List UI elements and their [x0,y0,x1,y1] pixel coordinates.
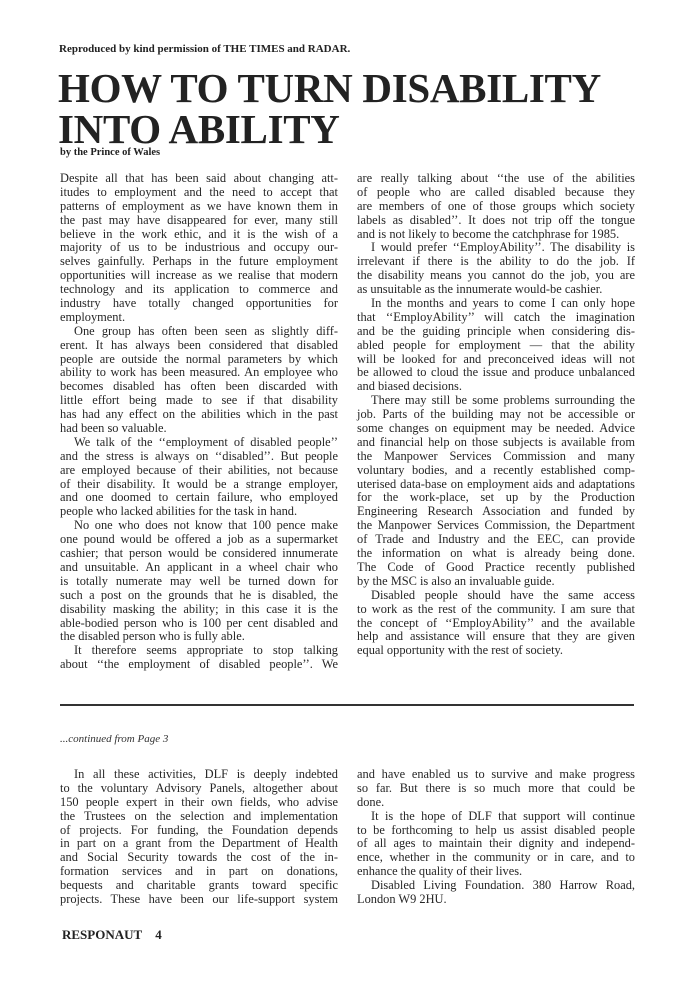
text-line: opportunities will increase as we realis… [60,269,338,283]
text-line: people who lacked abilities for the task… [60,505,338,519]
text-line: the Trustees on the selection and implem… [60,810,338,824]
text-line: No one who does not know that 100 pence … [60,519,338,533]
text-line: There may still be some problems surroun… [357,394,635,408]
text-line: to the voluntary Advisory Panels, altoge… [60,782,338,796]
text-line: and biased decisions. [357,380,635,394]
text-line: are really talking about ‘‘the use of th… [357,172,635,186]
continuation-column-1: In all these activities, DLF is deeply i… [60,768,338,907]
text-line: cashier; that person would be considered… [60,547,338,561]
text-line: able-bodied person who is 100 per cent d… [60,617,338,631]
text-line: by the MSC is also an invaluable guide. [357,575,635,589]
text-line: one pound would be offered a job as a su… [60,533,338,547]
text-line: as unsuitable as the innumerate would-be… [357,283,635,297]
text-line: bequests and charitable grants toward sp… [60,879,338,893]
text-line: It therefore seems appropriate to stop t… [60,644,338,658]
text-line: be allowed to cloud the issue and produc… [357,366,635,380]
text-line: are members of one of those groups which… [357,200,635,214]
text-line: done. [357,796,635,810]
continued-from-label: ...continued from Page 3 [60,733,168,745]
text-line: that ‘‘EmployAbility’’ will catch the im… [357,311,635,325]
article-headline: HOW TO TURN DISABILITY INTO ABILITY [58,68,601,150]
text-line: believe in the work ethic, and it is the… [60,228,338,242]
text-line: Disabled people should have the same acc… [357,589,635,603]
text-line: technology and its application to commer… [60,283,338,297]
text-line: projects. These have been our life-suppo… [60,893,338,907]
text-line: In the months and years to come I can on… [357,297,635,311]
article-column-1: Despite all that has been said about cha… [60,172,338,672]
text-line: of their disability. It would be a stran… [60,478,338,492]
text-line: Despite all that has been said about cha… [60,172,338,186]
text-line: formation services and in part on donati… [60,865,338,879]
text-line: and be the guiding principle when consid… [357,325,635,339]
page-footer: RESPONAUT 4 [62,927,162,943]
permission-credit: Reproduced by kind permission of THE TIM… [59,43,350,55]
text-line: selves gainfully. Perhaps in the future … [60,255,338,269]
text-line: London W9 2HU. [357,893,635,907]
text-line: help and assistance will ensure that the… [357,630,635,644]
text-line: such a post on the grounds that he is di… [60,589,338,603]
text-line: and unsuitable. An applicant in a wheel … [60,561,338,575]
text-line: to work as the rest of the community. I … [357,603,635,617]
headline-line-2: INTO ABILITY [58,109,601,150]
text-line: are employed because of their abilities,… [60,464,338,478]
text-line: equal opportunity with the rest of socie… [357,644,635,658]
text-line: becomes disabled has often been discarde… [60,380,338,394]
text-line: had been so valuable. [60,422,338,436]
text-line: disability masking the ability; in this … [60,603,338,617]
text-line: the information on what is already being… [357,547,635,561]
headline-line-1: HOW TO TURN DISABILITY [58,68,601,109]
text-line: ability to work has been measured. An em… [60,366,338,380]
text-line: In all these activities, DLF is deeply i… [60,768,338,782]
text-line: employment. [60,311,338,325]
text-line: patterns of employment as we have known … [60,200,338,214]
text-line: itudes to employment and the need to acc… [60,186,338,200]
text-line: uterised data-base on employment aids an… [357,478,635,492]
text-line: I would prefer ‘‘EmployAbility’’. The di… [357,241,635,255]
text-line: the Manpower Services Commission and man… [357,450,635,464]
text-line: We talk of the ‘‘employment of disabled … [60,436,338,450]
text-line: abled people for employment — that the a… [357,339,635,353]
text-line: and one doomed to certain failure, who e… [60,491,338,505]
text-line: in part on a grant from the Department o… [60,837,338,851]
text-line: the disabled person who is fully able. [60,630,338,644]
text-line: voluntary bodies, and a recently establi… [357,464,635,478]
text-line: It is the hope of DLF that support will … [357,810,635,824]
text-line: and financial help on those subjects is … [357,436,635,450]
text-line: and the stress is always on ‘‘disabled’’… [60,450,338,464]
text-line: will be looked for and preconceived idea… [357,353,635,367]
text-line: erent. It has always been considered tha… [60,339,338,353]
text-line: is totally numerate may well be turned d… [60,575,338,589]
text-line: has had any effect on the abilities whic… [60,408,338,422]
text-line: the concept of ‘‘EmployAbility’’ and the… [357,617,635,631]
text-line: the past may have disappeared for ever, … [60,214,338,228]
text-line: to be forthcoming to help us assist disa… [357,824,635,838]
text-line: about ‘‘the employment of disabled peopl… [60,658,338,672]
text-line: irrelevant if there is the ability to do… [357,255,635,269]
text-line: Disabled Living Foundation. 380 Harrow R… [357,879,635,893]
text-line: for the work-place, set up by the Produc… [357,491,635,505]
text-line: people are outside the normal parameters… [60,353,338,367]
text-line: and have enabled us to survive and make … [357,768,635,782]
text-line: enhance the quality of their lives. [357,865,635,879]
text-line: of Trade and Industry and the EEC, can p… [357,533,635,547]
page-number: 4 [155,927,162,942]
text-line: the disability means you cannot do the j… [357,269,635,283]
text-line: of all ages to maintain their dignity an… [357,837,635,851]
publication-name: RESPONAUT [62,927,142,942]
text-line: and Social Security towards the cost of … [60,851,338,865]
text-line: of people who are called disabled becaus… [357,186,635,200]
text-line: labels as disabled’’. It does not trip o… [357,214,635,228]
article-column-2: are really talking about ‘‘the use of th… [357,172,635,658]
text-line: Engineering Research Association and fun… [357,505,635,519]
text-line: majority of us to be industrious and occ… [60,241,338,255]
text-line: 150 people expert in their own fields, w… [60,796,338,810]
text-line: ence, whether in the community or in car… [357,851,635,865]
text-line: the Manpower Services Commission, the De… [357,519,635,533]
text-line: so far. But there is so much more that c… [357,782,635,796]
text-line: little effort being made to see if that … [60,394,338,408]
section-divider [60,704,634,706]
text-line: industry have totally changed opportunit… [60,297,338,311]
text-line: of projects. For funding, the Foundation… [60,824,338,838]
text-line: job. Parts of the building may not be ac… [357,408,635,422]
text-line: One group has often been seen as slightl… [60,325,338,339]
continuation-column-2: and have enabled us to survive and make … [357,768,635,907]
byline: by the Prince of Wales [60,147,160,158]
text-line: and is not likely to become the catchphr… [357,228,635,242]
text-line: some changes on equipment may be needed.… [357,422,635,436]
text-line: The Code of Good Practice recently publi… [357,561,635,575]
